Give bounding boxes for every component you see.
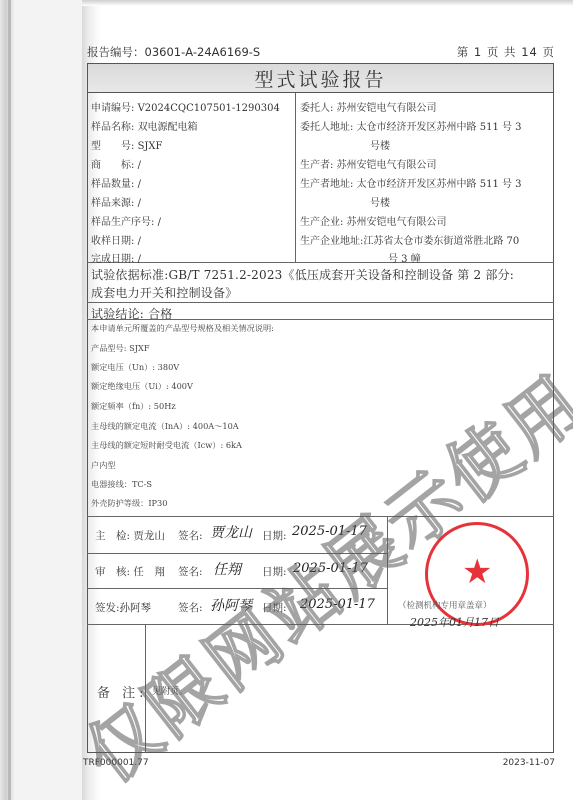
spec-item: 额定电压（Un）: 380V [91,362,179,373]
role-label: 主 检: 贾龙山 [95,528,165,543]
spec-item: 产品型号: SJXF [91,343,150,354]
field-value: / [138,254,141,265]
row-divider [87,516,554,517]
field-label: 生产者地址: [300,179,353,190]
conclusion-value: 合格 [148,307,172,321]
page-top-shadow [82,0,573,6]
signature: 贾龙山 [210,522,252,542]
title-band: 型式试验报告 [87,63,554,93]
spec-item: 额定绝缘电压（Ui）: 400V [91,381,193,392]
sign-label: 签名: [178,600,203,615]
field-label: 申请编号: [91,103,134,114]
field-value: 苏州安铠电气有限公司 [347,217,447,228]
field-value: SJXF [138,141,163,152]
field-value: V2024CQC107501-1290304 [138,103,280,114]
field-client-address: 委托人地址: 太仓市经济开发区苏州中路 511 号 3 [300,118,522,133]
conclusion-label: 试验结论: [91,307,144,321]
page-info: 第 1 页 共 14 页 [457,44,555,60]
field-value: 苏州安铠电气有限公司 [337,160,437,171]
field-value: 苏州安铠电气有限公司 [337,103,437,114]
field-producer-address-cont: 号楼 [370,194,390,209]
report-number-value: 03601-A-24A6169-S [145,45,261,59]
field-manufacturer-address-cont: 号 3 幢 [388,250,421,265]
field-value: 太仓市经济开发区苏州中路 511 号 3 [357,122,522,133]
test-standard-line2: 成套电力开关和控制设备》 [91,284,237,301]
field-label: 样品名称: [91,122,134,133]
field-value: / [158,217,161,228]
field-label: 收样日期: [91,236,134,247]
column-divider [295,93,296,262]
remarks-label: 备 注: [97,682,148,701]
signature-date: 2025-01-17 [293,561,368,576]
seal-caption: （检测机构专用章盖章） [398,599,492,611]
row-divider [87,588,387,589]
spec-item: 主母线的额定短时耐受电流（Icw）: 6kA [91,440,242,451]
spec-item: 电器接线：TC-S [91,479,152,490]
field-sample-quantity: 样品数量: / [91,175,141,190]
report-title: 型式试验报告 [254,65,386,92]
field-label: 样品生产序号: [91,217,154,228]
field-value: / [138,160,141,171]
field-value: / [138,236,141,247]
remarks-value: 见附页。 [152,684,188,697]
sign-label: 签名: [178,564,203,579]
row-divider [87,262,554,263]
field-value: / [138,179,141,190]
report-number-label: 报告编号： [87,45,145,59]
field-label: 委托人地址: [300,122,353,133]
field-manufacturer-address: 生产企业地址:江苏省太仓市娄东街道常胜北路 70 [300,232,519,247]
scan-edge-line [8,0,11,800]
spec-item: 主母线的额定电流（InA）: 400A～10A [91,421,239,432]
person-name: 任 翔 [133,566,165,578]
scan-edge [0,0,14,800]
spec-intro: 本申请单元所覆盖的产品型号规格及相关情况说明: [91,323,274,334]
field-label: 生产企业地址: [300,236,363,247]
form-code: TRF000001.77 [83,758,149,768]
role: 审 核: [95,566,130,578]
row-divider [87,302,554,303]
field-label: 型 号: [91,141,134,152]
field-completion-date: 完成日期: / [91,250,141,265]
field-label: 商 标: [91,160,134,171]
field-value: / [138,198,141,209]
field-sample-serial: 样品生产序号: / [91,213,161,228]
row-divider [87,553,387,554]
field-value: 双电源配电箱 [138,122,198,133]
field-trademark: 商 标: / [91,156,141,171]
report-number: 报告编号：03601-A-24A6169-S [87,44,260,60]
field-application-number: 申请编号: V2024CQC107501-1290304 [91,99,280,114]
role: 签发: [95,602,120,614]
column-divider [387,516,388,624]
star-icon: ★ [462,555,492,589]
role: 主 检: [95,530,130,542]
field-value: 江苏省太仓市娄东街道常胜北路 70 [363,236,519,247]
test-standard-line1: 试验依据标准:GB/T 7251.2-2023《低压成套开关设备和控制设备 第 … [91,266,514,283]
field-producer-address: 生产者地址: 太仓市经济开发区苏州中路 511 号 3 [300,175,522,190]
field-label: 样品数量: [91,179,134,190]
spec-item: 额定频率（fn）: 50Hz [91,401,176,412]
field-client-address-cont: 号楼 [370,137,390,152]
role-label: 审 核: 任 翔 [95,564,165,579]
field-label: 生产企业: [300,217,343,228]
spec-item: 外壳防护等级：IP30 [91,498,167,509]
signature-date: 2025-01-17 [300,597,375,612]
role-label: 签发:孙阿琴 [95,600,151,615]
field-label: 委托人: [300,103,333,114]
signature: 任翔 [213,559,241,579]
person-name: 孙阿琴 [120,602,152,614]
date-label: 日期: [262,528,287,543]
field-receipt-date: 收样日期: / [91,232,141,247]
signature-date: 2025-01-17 [292,524,367,539]
field-client: 委托人: 苏州安铠电气有限公司 [300,99,437,114]
field-producer: 生产者: 苏州安铠电气有限公司 [300,156,437,171]
person-name: 贾龙山 [133,530,165,542]
field-label: 样品来源: [91,198,134,209]
field-value: 太仓市经济开发区苏州中路 511 号 3 [357,179,522,190]
field-sample-source: 样品来源: / [91,194,141,209]
test-conclusion: 试验结论: 合格 [91,305,172,322]
field-label: 生产者: [300,160,333,171]
date-label: 日期: [262,600,287,615]
form-date: 2023-11-07 [503,758,555,768]
date-label: 日期: [262,564,287,579]
field-manufacturer: 生产企业: 苏州安铠电气有限公司 [300,213,447,228]
signature: 孙阿琴 [210,595,252,615]
field-label: 完成日期: [91,254,134,265]
seal-date: 2025年01月17日 [410,614,499,630]
field-sample-name: 样品名称: 双电源配电箱 [91,118,198,133]
spec-item: 户内型 [91,460,116,471]
field-model: 型 号: SJXF [91,137,162,152]
sign-label: 签名: [178,528,203,543]
